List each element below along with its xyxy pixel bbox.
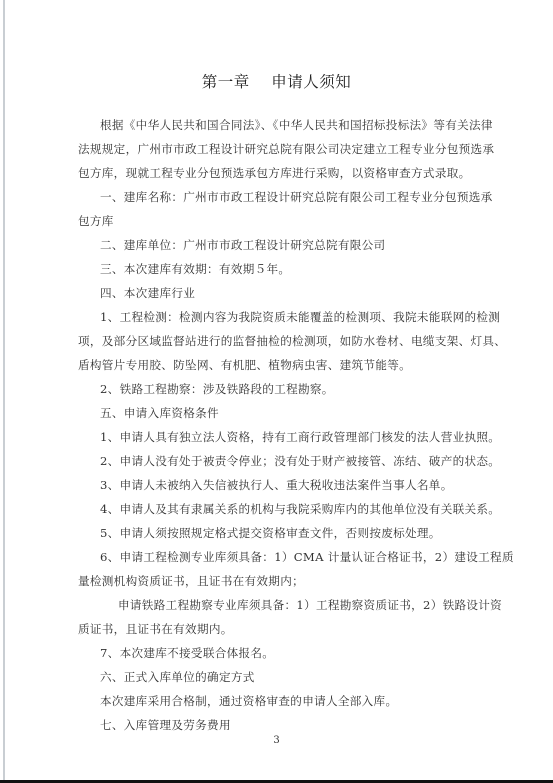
body-line: 本次建库采用合格制，通过资格审查的申请人全部入库。 (100, 693, 397, 709)
body-line: 根据《中华人民共和国合同法》、《中华人民共和国招标投标法》等有关法律 (100, 117, 493, 133)
body-line: 盾构管片专用胶、防坠网、有机肥、植物病虫害、建筑节能等。 (78, 357, 411, 373)
body-line: 三、本次建库有效期：有效期５年。 (100, 261, 290, 277)
body-line: 1、工程检测：检测内容为我院资质未能覆盖的检测项、我院未能联网的检测 (100, 309, 500, 325)
body-line: 7、本次建库不接受联合体报名。 (100, 645, 274, 661)
section-heading: 四、本次建库行业 (100, 285, 195, 301)
page-number: 3 (0, 735, 553, 746)
body-line: 量检测机构资质证书，且证书在有效期内； (78, 573, 304, 589)
chapter-title: 第一章 申请人须知 (0, 70, 553, 92)
body-line: 1、申请人具有独立法人资格，持有工商行政管理部门核发的法人营业执照。 (100, 429, 500, 445)
section-heading: 五、申请入库资格条件 (100, 405, 219, 421)
body-line: 申请铁路工程勘察专业库须具备：1）工程勘察资质证书，2）铁路设计资 (118, 597, 502, 613)
section-heading: 六、正式入库单位的确定方式 (100, 669, 255, 685)
body-line: 2、申请人没有处于被责令停业；没有处于财产被接管、冻结、破产的状态。 (100, 453, 500, 469)
page-left-border (3, 0, 5, 780)
body-line: 一、建库名称：广州市市政工程设计研究总院有限公司工程专业分包预选承 (100, 189, 493, 205)
body-line: 4、申请人及其有隶属关系的机构与我院采购库内的其他单位没有关联关系。 (100, 501, 500, 517)
body-line: 3、申请人未被纳入失信被执行人、重大税收违法案件当事人名单。 (100, 477, 453, 493)
body-line: 5、申请人须按照规定格式提交资格审查文件，否则按废标处理。 (100, 525, 441, 541)
section-heading: 七、入库管理及劳务费用 (100, 717, 231, 733)
body-line: 法规规定，广州市市政工程设计研究总院有限公司决定建立工程专业分包预选承 (78, 141, 494, 157)
body-line: 包方库 (78, 213, 114, 229)
body-line: 2、铁路工程勘察：涉及铁路段的工程勘察。 (100, 381, 334, 397)
body-line: 包方库，现就工程专业分包预选承包方库进行采购，以资格审查方式录取。 (78, 165, 471, 181)
body-line: 二、建库单位：广州市市政工程设计研究总院有限公司 (100, 237, 385, 253)
body-line: 6、申请工程检测专业库须具备：1）CMA 计量认证合格证书，2）建设工程质 (100, 549, 514, 565)
body-line: 项，及部分区域监督站进行的监督抽检的检测项，如防水卷材、电缆支架、灯具、 (78, 333, 506, 349)
body-line: 质证书，且证书在有效期内。 (78, 621, 233, 637)
